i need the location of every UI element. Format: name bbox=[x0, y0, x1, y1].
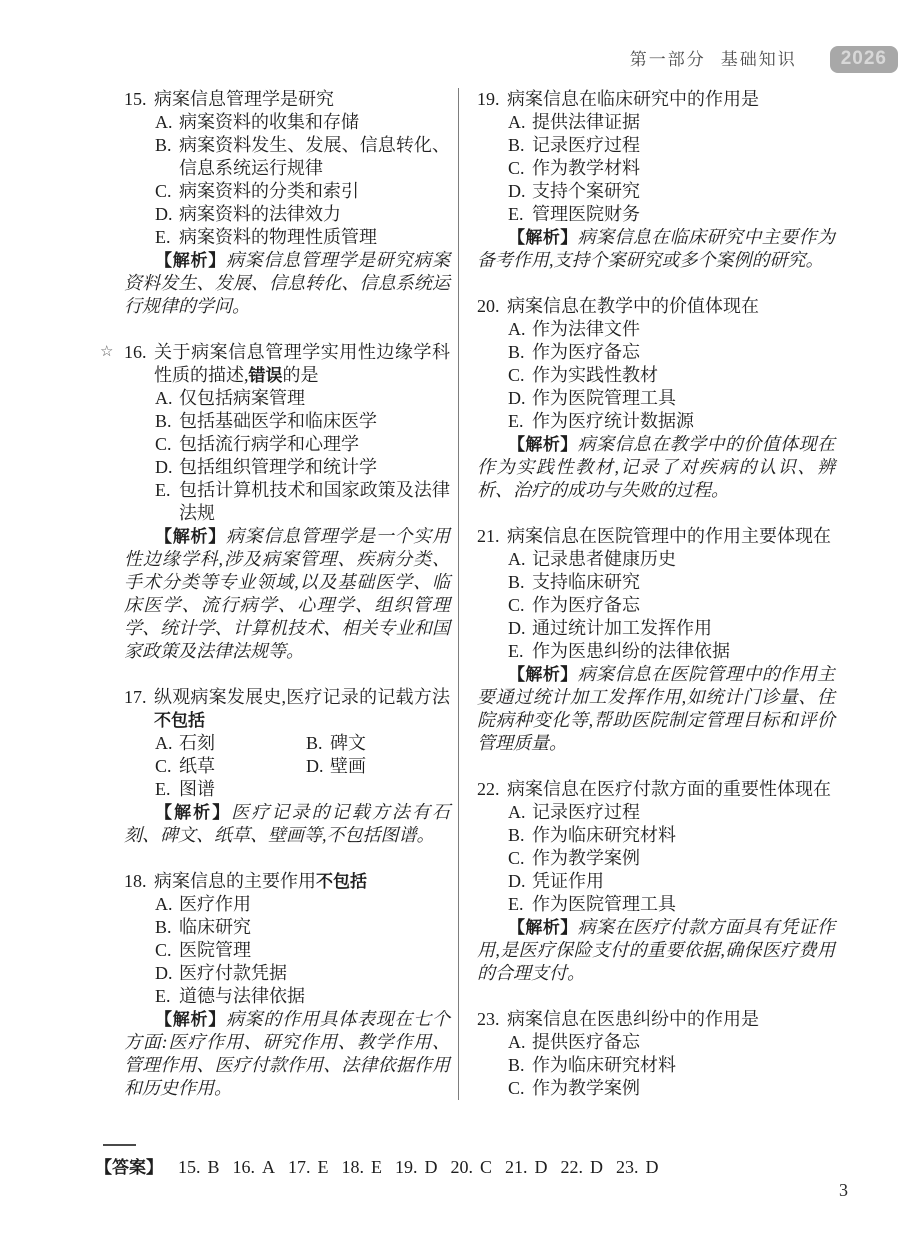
option-23-B: B.作为临床研究材料 bbox=[508, 1054, 835, 1077]
answers-rule bbox=[103, 1144, 136, 1146]
analysis-18: 【解析】病案的作用具体表现在七个方面:医疗作用、研究作用、教学作用、管理作用、医… bbox=[124, 1008, 450, 1100]
option-letter: B. bbox=[306, 732, 330, 755]
question-stem-row: 19.病案信息在临床研究中的作用是 bbox=[477, 88, 835, 111]
left-column: 15.病案信息管理学是研究A.病案资料的收集和存储B.病案资料发生、发展、信息转… bbox=[124, 88, 450, 1100]
analysis-21: 【解析】病案信息在医院管理中的作用主要通过统计加工发挥作用,如统计门诊量、住院病… bbox=[477, 663, 835, 755]
options-list: A.提供医疗备忘B.作为临床研究材料C.作为教学案例 bbox=[508, 1031, 835, 1100]
option-text: 病案资料的法律效力 bbox=[179, 203, 450, 226]
stem-emphasis: 错误 bbox=[249, 366, 283, 385]
question-stem-row: 17.纵观病案发展史,医疗记录的记载方法不包括 bbox=[124, 686, 450, 732]
stem-text: 病案信息在教学中的价值体现在 bbox=[507, 296, 759, 316]
option-letter: B. bbox=[508, 824, 532, 847]
question-16: ☆16.关于病案信息管理学实用性边缘学科性质的描述,错误的是A.仅包括病案管理B… bbox=[124, 341, 450, 663]
question-stem-row: ☆16.关于病案信息管理学实用性边缘学科性质的描述,错误的是 bbox=[124, 341, 450, 387]
stem-emphasis: 不包括 bbox=[316, 872, 367, 891]
option-20-D: D.作为医院管理工具 bbox=[508, 387, 835, 410]
option-letter: A. bbox=[508, 801, 532, 824]
option-18-E: E.道德与法律依据 bbox=[155, 985, 450, 1008]
option-text: 作为医疗备忘 bbox=[532, 594, 835, 617]
option-letter: E. bbox=[155, 226, 179, 249]
question-stem-row: 20.病案信息在教学中的价值体现在 bbox=[477, 295, 835, 318]
option-15-A: A.病案资料的收集和存储 bbox=[155, 111, 450, 134]
option-20-B: B.作为医疗备忘 bbox=[508, 341, 835, 364]
analysis-text: 病案信息管理学是一个实用性边缘学科,涉及病案管理、疾病分类、手术分类等专业领域,… bbox=[124, 526, 450, 661]
option-text: 作为医疗统计数据源 bbox=[532, 410, 835, 433]
option-letter: A. bbox=[508, 548, 532, 571]
option-20-E: E.作为医疗统计数据源 bbox=[508, 410, 835, 433]
analysis-22: 【解析】病案在医疗付款方面具有凭证作用,是医疗保险支付的重要依据,确保医疗费用的… bbox=[477, 916, 835, 985]
option-text: 仅包括病案管理 bbox=[179, 387, 450, 410]
option-16-A: A.仅包括病案管理 bbox=[155, 387, 450, 410]
option-text: 支持个案研究 bbox=[532, 180, 835, 203]
option-text: 临床研究 bbox=[179, 916, 450, 939]
question-stem: 病案信息在教学中的价值体现在 bbox=[507, 295, 835, 318]
question-stem: 纵观病案发展史,医疗记录的记载方法不包括 bbox=[154, 686, 450, 732]
option-text: 包括基础医学和临床医学 bbox=[179, 410, 450, 433]
question-stem: 病案信息在医患纠纷中的作用是 bbox=[507, 1008, 835, 1031]
answer-item-19: 19.D bbox=[395, 1156, 438, 1179]
option-18-A: A.医疗作用 bbox=[155, 893, 450, 916]
question-stem: 病案信息在临床研究中的作用是 bbox=[507, 88, 835, 111]
answer-letter: D bbox=[646, 1157, 659, 1177]
option-22-D: D.凭证作用 bbox=[508, 870, 835, 893]
option-text: 作为医疗备忘 bbox=[532, 341, 835, 364]
analysis-label: 【解析】 bbox=[155, 803, 231, 822]
question-number: 15. bbox=[124, 88, 154, 111]
analysis-label: 【解析】 bbox=[508, 435, 578, 454]
option-22-C: C.作为教学案例 bbox=[508, 847, 835, 870]
option-23-A: A.提供医疗备忘 bbox=[508, 1031, 835, 1054]
option-21-C: C.作为医疗备忘 bbox=[508, 594, 835, 617]
question-number: 17. bbox=[124, 686, 154, 732]
question-22: 22.病案信息在医疗付款方面的重要性体现在A.记录医疗过程B.作为临床研究材料C… bbox=[477, 778, 835, 985]
option-16-B: B.包括基础医学和临床医学 bbox=[155, 410, 450, 433]
answer-item-18: 18.E bbox=[342, 1156, 383, 1179]
option-letter: B. bbox=[508, 571, 532, 594]
option-15-C: C.病案资料的分类和索引 bbox=[155, 180, 450, 203]
option-letter: E. bbox=[508, 893, 532, 916]
option-16-D: D.包括组织管理学和统计学 bbox=[155, 456, 450, 479]
answer-item-15: 15.B bbox=[178, 1156, 220, 1179]
question-number: 21. bbox=[477, 525, 507, 548]
question-number: 18. bbox=[124, 870, 154, 893]
question-23: 23.病案信息在医患纠纷中的作用是A.提供医疗备忘B.作为临床研究材料C.作为教… bbox=[477, 1008, 835, 1100]
answers-label: 【答案】 bbox=[95, 1156, 163, 1179]
option-19-D: D.支持个案研究 bbox=[508, 180, 835, 203]
option-letter: E. bbox=[508, 410, 532, 433]
option-text: 石刻 bbox=[179, 732, 306, 755]
option-text: 作为临床研究材料 bbox=[532, 1054, 835, 1077]
analysis-20: 【解析】病案信息在教学中的价值体现在作为实践性教材,记录了对疾病的认识、辨析、治… bbox=[477, 433, 835, 502]
page-number: 3 bbox=[839, 1179, 848, 1202]
option-letter: A. bbox=[508, 1031, 532, 1054]
option-15-D: D.病案资料的法律效力 bbox=[155, 203, 450, 226]
stem-text: 病案信息在临床研究中的作用是 bbox=[507, 89, 759, 109]
option-letter: C. bbox=[508, 1077, 532, 1100]
option-letter: E. bbox=[508, 640, 532, 663]
answer-letter: C bbox=[480, 1157, 492, 1177]
answer-letter: D bbox=[535, 1157, 548, 1177]
option-text: 病案资料发生、发展、信息转化、信息系统运行规律 bbox=[179, 134, 450, 180]
stem-text: 病案信息在医院管理中的作用主要体现在 bbox=[507, 526, 831, 546]
question-number: 16. bbox=[124, 341, 154, 387]
option-letter: C. bbox=[508, 594, 532, 617]
option-text: 记录患者健康历史 bbox=[532, 548, 835, 571]
question-stem: 病案信息在医疗付款方面的重要性体现在 bbox=[507, 778, 835, 801]
question-stem: 关于病案信息管理学实用性边缘学科性质的描述,错误的是 bbox=[154, 341, 450, 387]
question-number: 20. bbox=[477, 295, 507, 318]
answer-item-21: 21.D bbox=[505, 1156, 548, 1179]
option-text: 病案资料的分类和索引 bbox=[179, 180, 450, 203]
answer-question-number: 17. bbox=[288, 1157, 311, 1177]
question-stem-row: 23.病案信息在医患纠纷中的作用是 bbox=[477, 1008, 835, 1031]
option-23-C: C.作为教学案例 bbox=[508, 1077, 835, 1100]
stem-text: 纵观病案发展史,医疗记录的记载方法 bbox=[154, 687, 450, 707]
option-letter: D. bbox=[508, 870, 532, 893]
option-text: 管理医院财务 bbox=[532, 203, 835, 226]
option-22-A: A.记录医疗过程 bbox=[508, 801, 835, 824]
answer-question-number: 21. bbox=[505, 1157, 528, 1177]
option-text: 碑文 bbox=[330, 732, 450, 755]
option-text: 医疗作用 bbox=[179, 893, 450, 916]
options-list: A.记录患者健康历史B.支持临床研究C.作为医疗备忘D.通过统计加工发挥作用E.… bbox=[508, 548, 835, 663]
option-21-B: B.支持临床研究 bbox=[508, 571, 835, 594]
options-list: A.仅包括病案管理B.包括基础医学和临床医学C.包括流行病学和心理学D.包括组织… bbox=[155, 387, 450, 525]
question-number: 22. bbox=[477, 778, 507, 801]
option-text: 纸草 bbox=[179, 755, 306, 778]
option-letter: E. bbox=[155, 778, 179, 801]
answer-letter: B bbox=[208, 1157, 220, 1177]
option-letter: B. bbox=[155, 410, 179, 433]
analysis-15: 【解析】病案信息管理学是研究病案资料发生、发展、信息转化、信息系统运行规律的学问… bbox=[124, 249, 450, 318]
option-17-E: E.图谱 bbox=[155, 778, 306, 801]
option-letter: B. bbox=[155, 134, 179, 180]
option-letter: C. bbox=[155, 755, 179, 778]
option-letter: B. bbox=[508, 134, 532, 157]
option-text: 道德与法律依据 bbox=[179, 985, 450, 1008]
option-19-C: C.作为教学材料 bbox=[508, 157, 835, 180]
option-text: 记录医疗过程 bbox=[532, 134, 835, 157]
question-number: 19. bbox=[477, 88, 507, 111]
question-20: 20.病案信息在教学中的价值体现在A.作为法律文件B.作为医疗备忘C.作为实践性… bbox=[477, 295, 835, 502]
stem-emphasis: 不包括 bbox=[154, 711, 205, 730]
section-part: 第一部分 bbox=[630, 48, 706, 71]
question-stem: 病案信息的主要作用不包括 bbox=[154, 870, 450, 893]
options-list: A.作为法律文件B.作为医疗备忘C.作为实践性教材D.作为医院管理工具E.作为医… bbox=[508, 318, 835, 433]
stem-text: 病案信息在医疗付款方面的重要性体现在 bbox=[507, 779, 831, 799]
option-text: 提供法律证据 bbox=[532, 111, 835, 134]
option-text: 病案资料的物理性质管理 bbox=[179, 226, 450, 249]
question-stem: 病案信息管理学是研究 bbox=[154, 88, 450, 111]
option-letter: C. bbox=[508, 364, 532, 387]
option-letter: B. bbox=[155, 916, 179, 939]
option-16-C: C.包括流行病学和心理学 bbox=[155, 433, 450, 456]
column-divider bbox=[458, 88, 459, 1100]
answer-letter: D bbox=[425, 1157, 438, 1177]
analysis-label: 【解析】 bbox=[508, 665, 578, 684]
answer-question-number: 23. bbox=[616, 1157, 639, 1177]
question-18: 18.病案信息的主要作用不包括A.医疗作用B.临床研究C.医院管理D.医疗付款凭… bbox=[124, 870, 450, 1100]
section-subtitle: 基础知识 bbox=[721, 48, 797, 71]
analysis-label: 【解析】 bbox=[155, 251, 226, 270]
option-19-B: B.记录医疗过程 bbox=[508, 134, 835, 157]
option-letter: C. bbox=[155, 433, 179, 456]
option-22-B: B.作为临床研究材料 bbox=[508, 824, 835, 847]
answer-letter: D bbox=[590, 1157, 603, 1177]
section-title: 第一部分 基础知识 bbox=[630, 48, 797, 71]
option-letter: E. bbox=[155, 479, 179, 525]
options-list: A.病案资料的收集和存储B.病案资料发生、发展、信息转化、信息系统运行规律C.病… bbox=[155, 111, 450, 249]
option-text: 作为教学案例 bbox=[532, 847, 835, 870]
option-letter: E. bbox=[155, 985, 179, 1008]
question-21: 21.病案信息在医院管理中的作用主要体现在A.记录患者健康历史B.支持临床研究C… bbox=[477, 525, 835, 755]
option-18-D: D.医疗付款凭据 bbox=[155, 962, 450, 985]
option-text: 壁画 bbox=[330, 755, 450, 778]
option-text: 记录医疗过程 bbox=[532, 801, 835, 824]
option-text: 作为医院管理工具 bbox=[532, 893, 835, 916]
option-text: 作为教学材料 bbox=[532, 157, 835, 180]
analysis-17: 【解析】医疗记录的记载方法有石刻、碑文、纸草、壁画等,不包括图谱。 bbox=[124, 801, 450, 847]
option-text: 作为教学案例 bbox=[532, 1077, 835, 1100]
option-letter: C. bbox=[508, 157, 532, 180]
star-icon: ☆ bbox=[100, 341, 113, 364]
option-letter: A. bbox=[508, 111, 532, 134]
option-text: 包括组织管理学和统计学 bbox=[179, 456, 450, 479]
option-letter: C. bbox=[508, 847, 532, 870]
option-letter: D. bbox=[508, 180, 532, 203]
option-letter: B. bbox=[508, 341, 532, 364]
question-stem-row: 15.病案信息管理学是研究 bbox=[124, 88, 450, 111]
option-text: 图谱 bbox=[179, 778, 306, 801]
option-17-D: D.壁画 bbox=[306, 755, 450, 778]
answer-item-23: 23.D bbox=[616, 1156, 659, 1179]
option-text: 作为临床研究材料 bbox=[532, 824, 835, 847]
option-letter: A. bbox=[155, 732, 179, 755]
book-page: { "header": { "section": "第一部分", "subtit… bbox=[0, 0, 900, 1245]
option-15-B: B.病案资料发生、发展、信息转化、信息系统运行规律 bbox=[155, 134, 450, 180]
answer-question-number: 16. bbox=[233, 1157, 256, 1177]
answer-letter: A bbox=[262, 1157, 275, 1177]
option-letter: D. bbox=[508, 387, 532, 410]
analysis-16: 【解析】病案信息管理学是一个实用性边缘学科,涉及病案管理、疾病分类、手术分类等专… bbox=[124, 525, 450, 663]
answers-row: 【答案】 15.B16.A17.E18.E19.D20.C21.D22.D23.… bbox=[95, 1156, 672, 1179]
option-text: 医疗付款凭据 bbox=[179, 962, 450, 985]
stem-text: 的是 bbox=[283, 365, 319, 385]
option-letter: D. bbox=[155, 962, 179, 985]
option-letter: B. bbox=[508, 1054, 532, 1077]
option-text: 通过统计加工发挥作用 bbox=[532, 617, 835, 640]
option-text: 包括计算机技术和国家政策及法律法规 bbox=[179, 479, 450, 525]
page-header: 第一部分 基础知识 2026 bbox=[0, 44, 900, 74]
question-15: 15.病案信息管理学是研究A.病案资料的收集和存储B.病案资料发生、发展、信息转… bbox=[124, 88, 450, 318]
option-text: 作为法律文件 bbox=[532, 318, 835, 341]
options-list: A.石刻B.碑文C.纸草D.壁画E.图谱 bbox=[155, 732, 450, 801]
option-letter: A. bbox=[155, 387, 179, 410]
option-21-E: E.作为医患纠纷的法律依据 bbox=[508, 640, 835, 663]
option-letter: A. bbox=[155, 893, 179, 916]
option-text: 病案资料的收集和存储 bbox=[179, 111, 450, 134]
analysis-19: 【解析】病案信息在临床研究中主要作为备考作用,支持个案研究或多个案例的研究。 bbox=[477, 226, 835, 272]
option-17-C: C.纸草 bbox=[155, 755, 306, 778]
question-number: 23. bbox=[477, 1008, 507, 1031]
option-text: 支持临床研究 bbox=[532, 571, 835, 594]
analysis-label: 【解析】 bbox=[508, 918, 578, 937]
option-16-E: E.包括计算机技术和国家政策及法律法规 bbox=[155, 479, 450, 525]
answer-item-17: 17.E bbox=[288, 1156, 329, 1179]
option-text: 作为实践性教材 bbox=[532, 364, 835, 387]
answer-item-16: 16.A bbox=[233, 1156, 276, 1179]
question-stem-row: 18.病案信息的主要作用不包括 bbox=[124, 870, 450, 893]
option-20-A: A.作为法律文件 bbox=[508, 318, 835, 341]
option-text: 包括流行病学和心理学 bbox=[179, 433, 450, 456]
answer-question-number: 19. bbox=[395, 1157, 418, 1177]
option-17-B: B.碑文 bbox=[306, 732, 450, 755]
stem-text: 病案信息的主要作用 bbox=[154, 871, 316, 891]
year-badge: 2026 bbox=[830, 46, 898, 73]
option-20-C: C.作为实践性教材 bbox=[508, 364, 835, 387]
option-18-C: C.医院管理 bbox=[155, 939, 450, 962]
option-17-A: A.石刻 bbox=[155, 732, 306, 755]
options-list: A.医疗作用B.临床研究C.医院管理D.医疗付款凭据E.道德与法律依据 bbox=[155, 893, 450, 1008]
question-17: 17.纵观病案发展史,医疗记录的记载方法不包括A.石刻B.碑文C.纸草D.壁画E… bbox=[124, 686, 450, 847]
option-15-E: E.病案资料的物理性质管理 bbox=[155, 226, 450, 249]
answer-question-number: 20. bbox=[451, 1157, 474, 1177]
option-letter: E. bbox=[508, 203, 532, 226]
analysis-label: 【解析】 bbox=[155, 527, 226, 546]
stem-text: 病案信息在医患纠纷中的作用是 bbox=[507, 1009, 759, 1029]
options-list: A.提供法律证据B.记录医疗过程C.作为教学材料D.支持个案研究E.管理医院财务 bbox=[508, 111, 835, 226]
option-letter: D. bbox=[306, 755, 330, 778]
analysis-label: 【解析】 bbox=[155, 1010, 226, 1029]
answer-question-number: 15. bbox=[178, 1157, 201, 1177]
option-text: 医院管理 bbox=[179, 939, 450, 962]
right-column: 19.病案信息在临床研究中的作用是A.提供法律证据B.记录医疗过程C.作为教学材… bbox=[477, 88, 835, 1100]
option-19-A: A.提供法律证据 bbox=[508, 111, 835, 134]
answer-question-number: 18. bbox=[342, 1157, 365, 1177]
option-text: 作为医患纠纷的法律依据 bbox=[532, 640, 835, 663]
option-letter: D. bbox=[508, 617, 532, 640]
answer-letter: E bbox=[318, 1157, 329, 1177]
answer-letter: E bbox=[371, 1157, 382, 1177]
option-letter: A. bbox=[508, 318, 532, 341]
option-letter: C. bbox=[155, 180, 179, 203]
stem-text: 病案信息管理学是研究 bbox=[154, 89, 334, 109]
answer-item-20: 20.C bbox=[451, 1156, 493, 1179]
option-text: 作为医院管理工具 bbox=[532, 387, 835, 410]
option-letter: D. bbox=[155, 203, 179, 226]
questions-area: 15.病案信息管理学是研究A.病案资料的收集和存储B.病案资料发生、发展、信息转… bbox=[124, 88, 835, 1100]
option-21-A: A.记录患者健康历史 bbox=[508, 548, 835, 571]
option-letter: A. bbox=[155, 111, 179, 134]
question-19: 19.病案信息在临床研究中的作用是A.提供法律证据B.记录医疗过程C.作为教学材… bbox=[477, 88, 835, 272]
option-22-E: E.作为医院管理工具 bbox=[508, 893, 835, 916]
question-stem: 病案信息在医院管理中的作用主要体现在 bbox=[507, 525, 835, 548]
answer-item-22: 22.D bbox=[561, 1156, 604, 1179]
option-18-B: B.临床研究 bbox=[155, 916, 450, 939]
options-list: A.记录医疗过程B.作为临床研究材料C.作为教学案例D.凭证作用E.作为医院管理… bbox=[508, 801, 835, 916]
option-letter: C. bbox=[155, 939, 179, 962]
option-21-D: D.通过统计加工发挥作用 bbox=[508, 617, 835, 640]
option-19-E: E.管理医院财务 bbox=[508, 203, 835, 226]
answer-question-number: 22. bbox=[561, 1157, 584, 1177]
option-letter: D. bbox=[155, 456, 179, 479]
option-text: 凭证作用 bbox=[532, 870, 835, 893]
analysis-label: 【解析】 bbox=[508, 228, 578, 247]
question-stem-row: 22.病案信息在医疗付款方面的重要性体现在 bbox=[477, 778, 835, 801]
option-text: 提供医疗备忘 bbox=[532, 1031, 835, 1054]
question-stem-row: 21.病案信息在医院管理中的作用主要体现在 bbox=[477, 525, 835, 548]
